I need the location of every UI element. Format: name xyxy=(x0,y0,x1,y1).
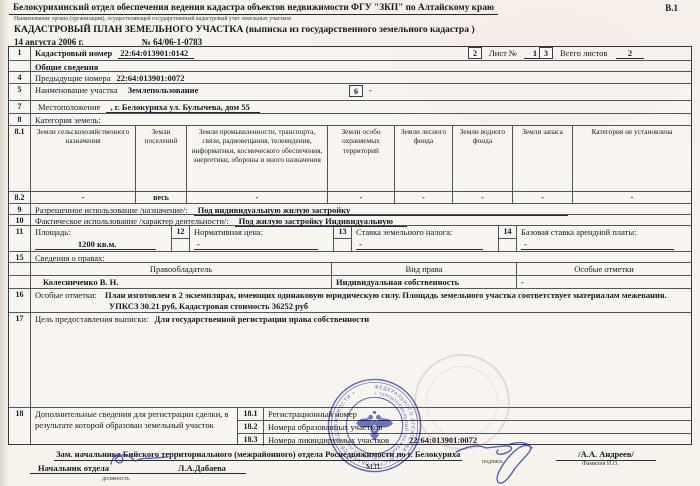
row-general-info: Общие сведения xyxy=(9,60,691,71)
chief-title: Начальник отдела xyxy=(38,463,109,473)
rights-kind-header: Вид права xyxy=(331,263,516,275)
land-tax-label: Ставка земельного налога: xyxy=(356,227,494,237)
area-label: Площадь: xyxy=(35,227,167,237)
double-headed-eagle-icon xyxy=(356,411,393,441)
row-area-price-tax: 11 Площадь: 1200 кв.м. 12 Нормативная це… xyxy=(9,225,691,251)
document-title: КАДАСТРОВЫЙ ПЛАН ЗЕМЕЛЬНОГО УЧАСТКА (вып… xyxy=(9,24,692,35)
category-col-water: Земли водного фонда xyxy=(452,126,512,191)
box6-num: 6 xyxy=(349,85,363,97)
row-num: 8.2 xyxy=(9,192,31,203)
extract-purpose-value: Для государственной регистрации права со… xyxy=(154,314,369,324)
row-num: 9 xyxy=(9,204,31,214)
category-col-settlements: Земли поселений xyxy=(135,126,186,191)
chief-signature xyxy=(108,449,172,469)
rent-rate-value: - xyxy=(521,239,674,250)
row-num: 8 xyxy=(9,114,31,125)
name-caption: Фамилия И.О. xyxy=(582,461,619,467)
category-val-undefined: - xyxy=(572,192,691,204)
org-name: Белокурихинский отдел обеспечения ведени… xyxy=(9,3,498,15)
cadastral-number-label: Кадастровый номер xyxy=(35,48,112,58)
category-val-forest: - xyxy=(394,192,452,204)
row-cadastral-number: 1 Кадастровый номер 22:64:013901:0142 2 … xyxy=(9,47,691,60)
deputy-name: /А.А. Андреев/ xyxy=(556,449,656,461)
category-col-industry: Земли промышленности, транспорта, связи,… xyxy=(186,126,327,191)
normative-price-value: - xyxy=(194,239,318,250)
row-rights-headers: Правообладатель Вид права Особые отметки xyxy=(9,262,691,275)
row-num: 5 xyxy=(9,84,31,100)
category-val-settlements: весь xyxy=(135,192,186,204)
rights-holder-value: Колесниченко В. Н. xyxy=(31,276,331,288)
category-val-agricultural: - xyxy=(31,192,135,204)
row-num: 7 xyxy=(9,101,31,113)
land-tax-value: - xyxy=(356,239,483,250)
cadastral-plan-document: Белокурихинский отдел обеспечения ведени… xyxy=(0,0,700,486)
row-land-category-headers: 8.1 Земли сельскохозяйственного назначен… xyxy=(9,125,691,191)
row-location: 7 Местоположение , г. Белокуриха ул. Бул… xyxy=(9,100,691,113)
category-val-water: - xyxy=(452,192,512,204)
category-val-reserve: - xyxy=(512,192,572,204)
row-num: 17 xyxy=(9,313,31,407)
row-num-12: 12 xyxy=(172,226,189,239)
previous-numbers-label: Предыдущие номера xyxy=(35,73,110,83)
rent-rate-label: Базовая ставка арендной платы: xyxy=(521,227,687,237)
plot-name-value: Землепользование xyxy=(128,85,199,95)
rights-marks-header: Особые отметки xyxy=(516,263,691,275)
sheet-label: Лист № xyxy=(489,48,517,58)
category-val-protected: - xyxy=(327,192,394,204)
chief-name: Л.А.Дабаева xyxy=(178,463,226,473)
row-previous-numbers: 4 Предыдущие номера 22:64:013901:0072 xyxy=(9,71,691,83)
row-num: 11 xyxy=(9,226,31,251)
rights-holder-header: Правообладатель xyxy=(31,263,331,275)
category-col-undefined: Категория не установлена xyxy=(572,126,691,191)
special-marks-value: План изготовлен в 2 экземплярах, имеющих… xyxy=(105,290,667,311)
location-value: , г. Белокуриха ул. Булычева, дом 55 xyxy=(106,102,259,113)
sub-row-num: 18.3 xyxy=(238,434,264,446)
cadastral-number-value: 22:64:013901:0142 xyxy=(118,48,194,59)
general-info-title: Общие сведения xyxy=(31,61,691,71)
row-land-category-values: 8.2 - весь - - - - - - xyxy=(9,191,691,203)
row-special-marks: 16 Особые отметки: План изготовлен в 2 э… xyxy=(9,288,691,312)
row-num: 18 xyxy=(9,408,31,444)
row-num: 4 xyxy=(9,72,31,83)
position-caption: должность xyxy=(102,476,130,482)
normative-price-label: Нормативная цена: xyxy=(194,227,329,237)
actual-use-value: Под жилую застройку Индивидуальную xyxy=(235,216,407,227)
total-sheets-value: 2 xyxy=(616,48,644,59)
area-value: 1200 кв.м. xyxy=(35,239,156,250)
row-rights-values: Колесниченко В. Н. Индивидуальная собств… xyxy=(9,275,691,288)
official-round-stamp: ФЕДЕРАЛЬНОГО АГЕНТСТВА КАДАСТРА ОБЪЕКТОВ… xyxy=(326,377,423,474)
row-num-13: 13 xyxy=(334,226,351,239)
sheet-box-num: 2 xyxy=(468,47,482,59)
row-land-category-label: 8 Категория земель: xyxy=(9,113,691,125)
box6-value: - xyxy=(369,85,372,95)
category-col-agricultural: Земли сельскохозяйственного назначения xyxy=(31,126,135,191)
previous-numbers-value: 22:64:013901:0072 xyxy=(116,73,184,83)
category-val-industry: - xyxy=(186,192,327,204)
row-permitted-use: 9 Разрешенное использование /назначение/… xyxy=(9,203,691,214)
row-plot-name: 5 Наименование участка Землепользование … xyxy=(9,83,691,100)
row-num: 1 xyxy=(9,47,31,60)
category-col-forest: Земли лесного фонда xyxy=(394,126,452,191)
rights-kind-value: Индивидуальная собственность xyxy=(331,276,516,288)
row-num: 10 xyxy=(9,215,31,225)
row-num: 16 xyxy=(9,289,31,312)
form-code: В.1 xyxy=(665,3,692,13)
sub-row-num: 18.1 xyxy=(238,408,264,420)
deputy-signature xyxy=(452,436,570,486)
sub-row-num: 18.2 xyxy=(238,421,264,433)
actual-use-label: Фактическое использование /характер деят… xyxy=(35,216,229,226)
total-sheets-label: Всего листов xyxy=(560,48,607,58)
row-actual-use: 10 Фактическое использование /характер д… xyxy=(9,214,691,225)
land-category-label: Категория земель: xyxy=(31,114,691,125)
additional-info-label: Дополнительные сведения для регистрации … xyxy=(31,408,238,444)
category-col-protected: Земли особо охраняемых территорий xyxy=(327,126,394,191)
rights-marks-value: - xyxy=(516,276,691,288)
permitted-use-label: Разрешенное использование /назначение/: xyxy=(35,205,188,215)
row-num-14: 14 xyxy=(499,226,516,239)
row-num: 15 xyxy=(9,252,31,262)
row-num: 8.1 xyxy=(9,126,31,191)
document-header: Белокурихинский отдел обеспечения ведени… xyxy=(9,3,692,47)
special-marks-label: Особые отметки: xyxy=(35,290,97,300)
location-label: Местоположение xyxy=(38,102,100,112)
org-caption: Наименование органа (организации), осуще… xyxy=(9,16,692,22)
extract-purpose-label: Цель предоставления выписки: xyxy=(35,314,148,324)
total-box-num: 3 xyxy=(539,47,553,59)
row-rights-label: 15 Сведения о правах: xyxy=(9,251,691,262)
plot-name-label: Наименование участка xyxy=(35,85,118,95)
rights-label: Сведения о правах: xyxy=(31,252,691,262)
category-col-reserve: Земли запаса xyxy=(512,126,572,191)
